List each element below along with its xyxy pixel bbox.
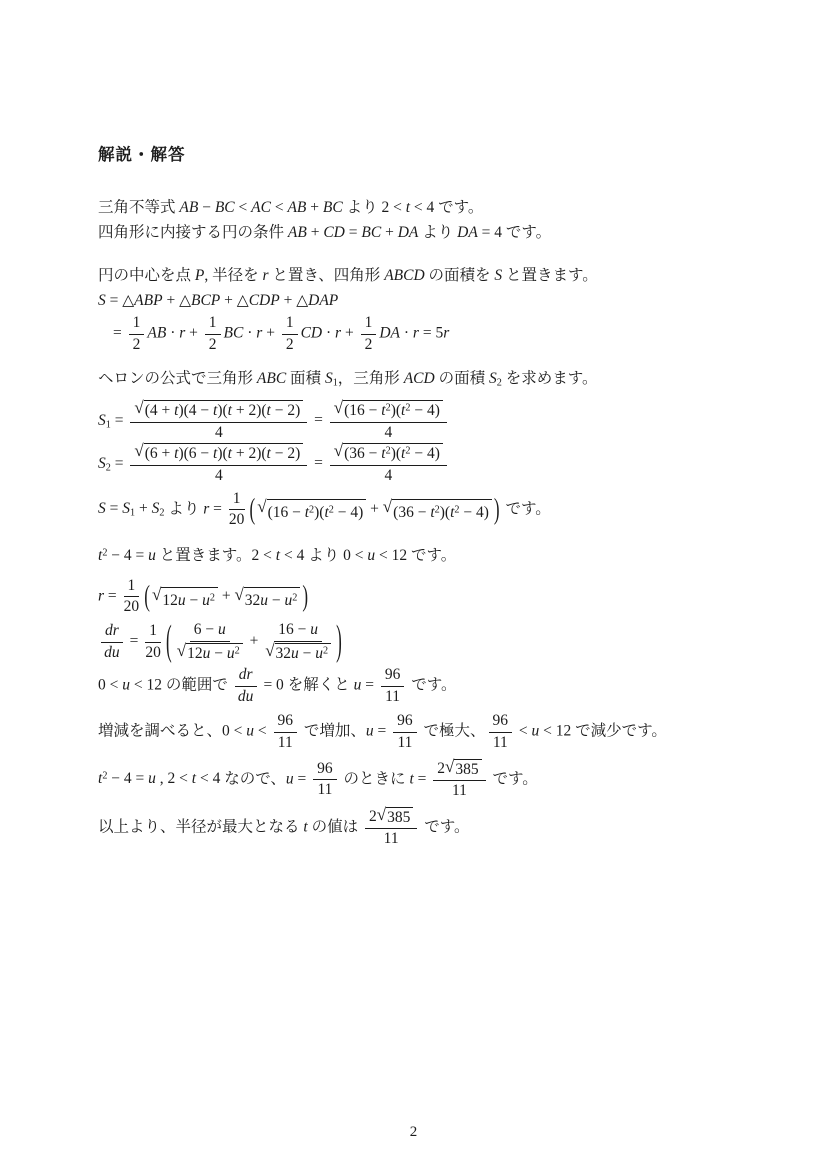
line-triangle-inequality: 三角不等式 AB − BC < AC < AB + BC より 2 < t < … bbox=[98, 196, 738, 220]
line-define-center: 円の中心を点 P, 半径を r と置き、四角形 ABCD の面積を S と置きま… bbox=[98, 264, 738, 288]
page-number: 2 bbox=[0, 1124, 827, 1141]
line-r-equation: S = S1 + S2 より r = 120(√(16 − t2)(t2 − 4… bbox=[98, 490, 738, 530]
line-r-in-u: r = 120(√12u − u2 + √32u − u2) bbox=[98, 577, 738, 617]
line-derivative: drdu = 120(6 − u√12u − u2 + 16 − u√32u −… bbox=[98, 621, 738, 663]
radical-sign: √ bbox=[334, 443, 343, 461]
line-solve-critical: 0 < u < 12 の範囲で drdu = 0 を解くと u = 9611 で… bbox=[98, 666, 738, 706]
document-page: 解説・解答 三角不等式 AB − BC < AC < AB + BC より 2 … bbox=[0, 0, 827, 1170]
radical-sign: √ bbox=[445, 758, 454, 776]
content-lines: 三角不等式 AB − BC < AC < AB + BC より 2 < t < … bbox=[98, 196, 738, 849]
radical-sign: √ bbox=[257, 498, 266, 516]
radical-sign: √ bbox=[177, 642, 186, 660]
line-back-substitute: t2 − 4 = u , 2 < t < 4 なので、u = 9611 のときに… bbox=[98, 759, 738, 801]
radical-sign: √ bbox=[134, 443, 143, 461]
line-heron-intro: ヘロンの公式で三角形 ABC 面積 S1，三角形 ACD の面積 S2 を求めま… bbox=[98, 367, 738, 391]
line-area-sum: S = △ABP + △BCP + △CDP + △DAP bbox=[98, 289, 738, 313]
radical-sign: √ bbox=[383, 498, 392, 516]
line-monotonicity: 増減を調べると、0 < u < 9611 で増加、u = 9611 で極大、96… bbox=[98, 712, 738, 752]
page-title: 解説・解答 bbox=[98, 141, 738, 165]
radical-sign: √ bbox=[134, 399, 143, 417]
line-conclusion: 以上より、半径が最大となる t の値は 2√38511 です。 bbox=[98, 807, 738, 849]
line-s2-equation: S2 = √(6 + t)(6 − t)(t + 2)(t − 2)4 = √(… bbox=[98, 443, 738, 485]
radical-sign: √ bbox=[334, 399, 343, 417]
line-substitute-u: t2 − 4 = u と置きます。2 < t < 4 より 0 < u < 12… bbox=[98, 544, 738, 568]
radical-sign: √ bbox=[152, 586, 161, 604]
radical-sign: √ bbox=[234, 586, 243, 604]
line-s1-equation: S1 = √(4 + t)(4 − t)(t + 2)(t − 2)4 = √(… bbox=[98, 400, 738, 442]
line-area-sum-2: = 12AB · r + 12BC · r + 12CD · r + 12DA … bbox=[113, 314, 738, 354]
line-incircle-condition: 四角形に内接する円の条件 AB + CD = BC + DA より DA = 4… bbox=[98, 221, 738, 245]
radical-sign: √ bbox=[265, 642, 274, 660]
solution-content: 解説・解答 三角不等式 AB − BC < AC < AB + BC より 2 … bbox=[98, 141, 738, 850]
radical-sign: √ bbox=[377, 806, 386, 824]
